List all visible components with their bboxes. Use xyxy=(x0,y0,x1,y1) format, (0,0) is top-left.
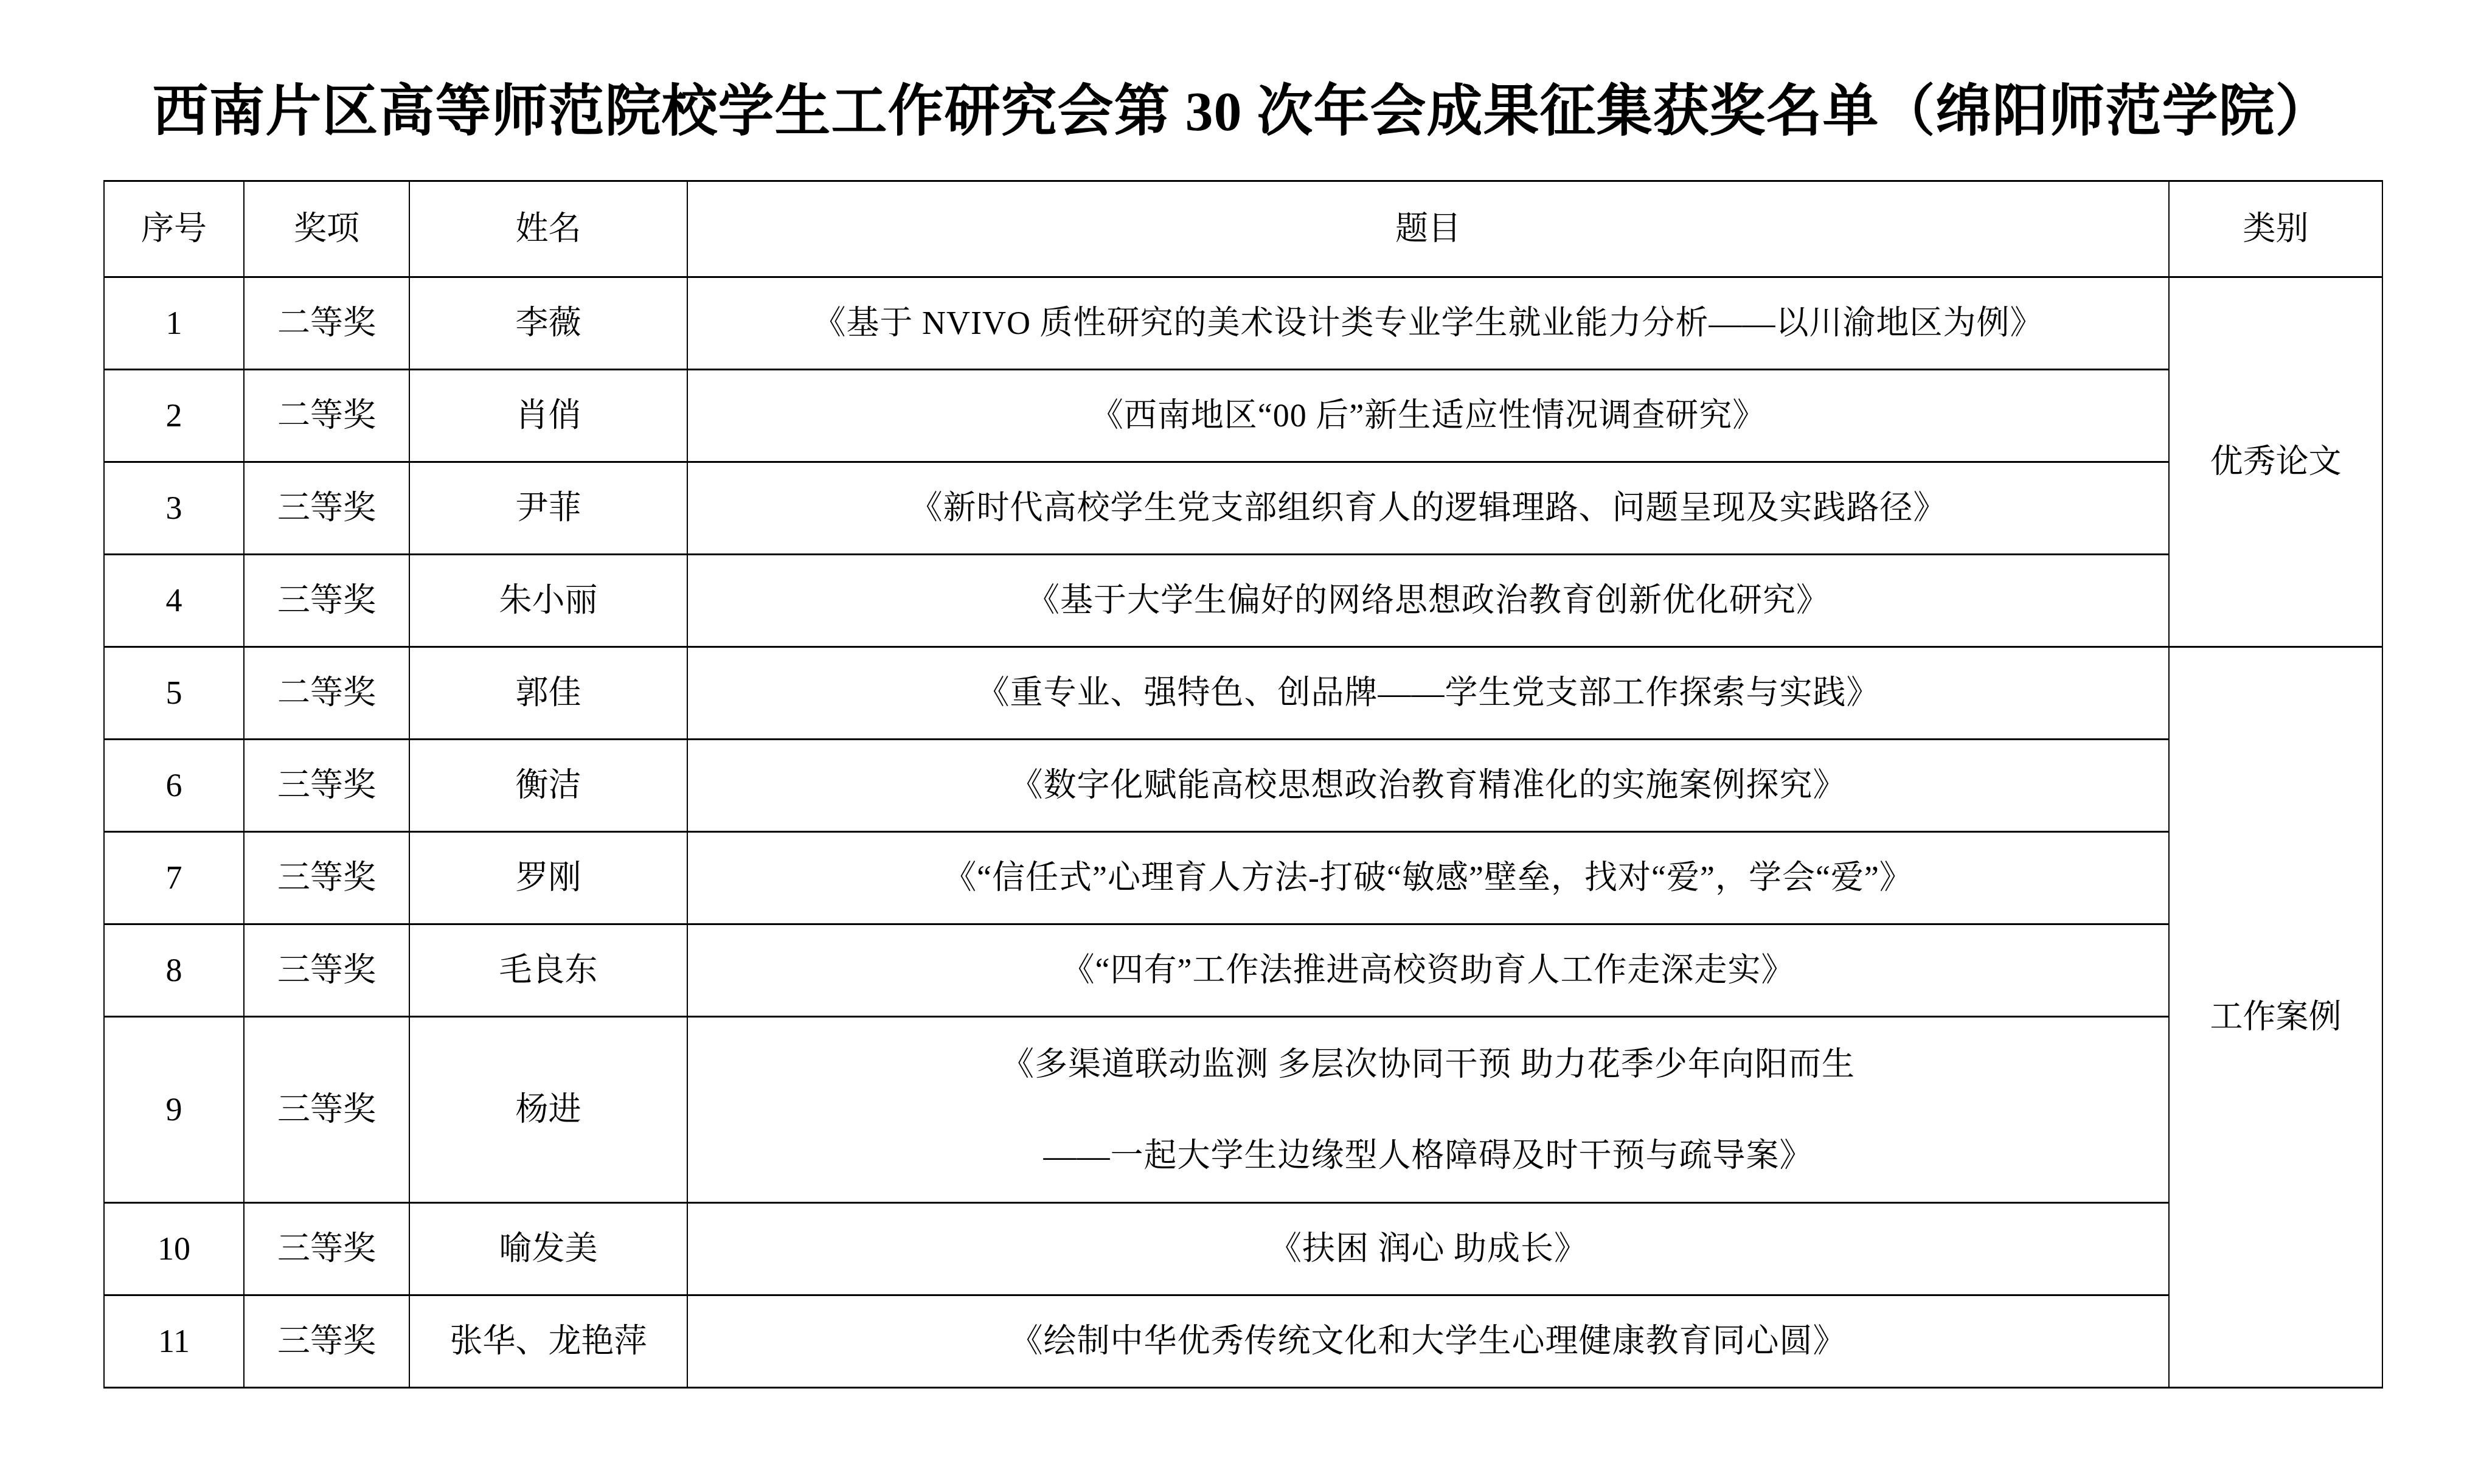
title-cell: 《多渠道联动监测 多层次协同干预 助力花季少年向阳而生 ——一起大学生边缘型人格… xyxy=(687,1017,2169,1203)
page-title: 西南片区高等师范院校学生工作研究会第 30 次年会成果征集获奖名单（绵阳师范学院… xyxy=(0,0,2484,145)
name-cell: 杨进 xyxy=(409,1017,687,1203)
table-row: 10 三等奖 喻发美 《扶困 润心 助成长》 xyxy=(104,1203,2382,1295)
name-cell: 张华、龙艳萍 xyxy=(409,1295,687,1388)
title-cell: 《西南地区“00 后”新生适应性情况调查研究》 xyxy=(687,370,2169,462)
title-line-1: 《多渠道联动监测 多层次协同干预 助力花季少年向阳而生 xyxy=(693,1019,2163,1110)
index-cell: 2 xyxy=(104,370,244,462)
table-row: 4 三等奖 朱小丽 《基于大学生偏好的网络思想政治教育创新优化研究》 xyxy=(104,555,2382,647)
award-cell: 二等奖 xyxy=(244,647,409,740)
title-cell: 《基于大学生偏好的网络思想政治教育创新优化研究》 xyxy=(687,555,2169,647)
header-title: 题目 xyxy=(687,181,2169,277)
title-cell: 《“信任式”心理育人方法-打破“敏感”壁垒，找对“爱”，学会“爱”》 xyxy=(687,832,2169,924)
name-cell: 肖俏 xyxy=(409,370,687,462)
award-cell: 三等奖 xyxy=(244,924,409,1017)
title-line-2: ——一起大学生边缘型人格障碍及时干预与疏导案》 xyxy=(693,1110,2163,1201)
document-page: 西南片区高等师范院校学生工作研究会第 30 次年会成果征集获奖名单（绵阳师范学院… xyxy=(0,0,2484,1484)
name-cell: 朱小丽 xyxy=(409,555,687,647)
index-cell: 9 xyxy=(104,1017,244,1203)
table-row: 11 三等奖 张华、龙艳萍 《绘制中华优秀传统文化和大学生心理健康教育同心圆》 xyxy=(104,1295,2382,1388)
award-cell: 三等奖 xyxy=(244,462,409,555)
award-cell: 三等奖 xyxy=(244,555,409,647)
title-cell: 《数字化赋能高校思想政治教育精准化的实施案例探究》 xyxy=(687,740,2169,832)
category-cell-cases: 工作案例 xyxy=(2169,647,2382,1388)
name-cell: 尹菲 xyxy=(409,462,687,555)
name-cell: 郭佳 xyxy=(409,647,687,740)
header-award: 奖项 xyxy=(244,181,409,277)
category-cell-papers: 优秀论文 xyxy=(2169,277,2382,647)
title-cell: 《新时代高校学生党支部组织育人的逻辑理路、问题呈现及实践路径》 xyxy=(687,462,2169,555)
index-cell: 4 xyxy=(104,555,244,647)
index-cell: 6 xyxy=(104,740,244,832)
award-cell: 三等奖 xyxy=(244,1203,409,1295)
name-cell: 毛良东 xyxy=(409,924,687,1017)
name-cell: 李薇 xyxy=(409,277,687,370)
table-row: 3 三等奖 尹菲 《新时代高校学生党支部组织育人的逻辑理路、问题呈现及实践路径》 xyxy=(104,462,2382,555)
award-cell: 三等奖 xyxy=(244,1017,409,1203)
table-row: 6 三等奖 衡洁 《数字化赋能高校思想政治教育精准化的实施案例探究》 xyxy=(104,740,2382,832)
title-cell: 《重专业、强特色、创品牌——学生党支部工作探索与实践》 xyxy=(687,647,2169,740)
table-row: 9 三等奖 杨进 《多渠道联动监测 多层次协同干预 助力花季少年向阳而生 ——一… xyxy=(104,1017,2382,1203)
header-index: 序号 xyxy=(104,181,244,277)
index-cell: 10 xyxy=(104,1203,244,1295)
award-cell: 三等奖 xyxy=(244,1295,409,1388)
index-cell: 11 xyxy=(104,1295,244,1388)
index-cell: 7 xyxy=(104,832,244,924)
name-cell: 喻发美 xyxy=(409,1203,687,1295)
award-table: 序号 奖项 姓名 题目 类别 1 二等奖 李薇 《基于 NVIVO 质性研究的美… xyxy=(103,180,2383,1389)
title-cell: 《“四有”工作法推进高校资助育人工作走深走实》 xyxy=(687,924,2169,1017)
title-cell: 《绘制中华优秀传统文化和大学生心理健康教育同心圆》 xyxy=(687,1295,2169,1388)
table-header-row: 序号 奖项 姓名 题目 类别 xyxy=(104,181,2382,277)
award-cell: 二等奖 xyxy=(244,370,409,462)
index-cell: 5 xyxy=(104,647,244,740)
table-row: 2 二等奖 肖俏 《西南地区“00 后”新生适应性情况调查研究》 xyxy=(104,370,2382,462)
award-cell: 三等奖 xyxy=(244,832,409,924)
name-cell: 衡洁 xyxy=(409,740,687,832)
name-cell: 罗刚 xyxy=(409,832,687,924)
title-cell: 《扶困 润心 助成长》 xyxy=(687,1203,2169,1295)
table-row: 7 三等奖 罗刚 《“信任式”心理育人方法-打破“敏感”壁垒，找对“爱”，学会“… xyxy=(104,832,2382,924)
index-cell: 8 xyxy=(104,924,244,1017)
award-cell: 二等奖 xyxy=(244,277,409,370)
table-row: 1 二等奖 李薇 《基于 NVIVO 质性研究的美术设计类专业学生就业能力分析—… xyxy=(104,277,2382,370)
header-category: 类别 xyxy=(2169,181,2382,277)
table-row: 5 二等奖 郭佳 《重专业、强特色、创品牌——学生党支部工作探索与实践》 工作案… xyxy=(104,647,2382,740)
index-cell: 1 xyxy=(104,277,244,370)
title-cell: 《基于 NVIVO 质性研究的美术设计类专业学生就业能力分析——以川渝地区为例》 xyxy=(687,277,2169,370)
index-cell: 3 xyxy=(104,462,244,555)
award-cell: 三等奖 xyxy=(244,740,409,832)
header-name: 姓名 xyxy=(409,181,687,277)
table-row: 8 三等奖 毛良东 《“四有”工作法推进高校资助育人工作走深走实》 xyxy=(104,924,2382,1017)
